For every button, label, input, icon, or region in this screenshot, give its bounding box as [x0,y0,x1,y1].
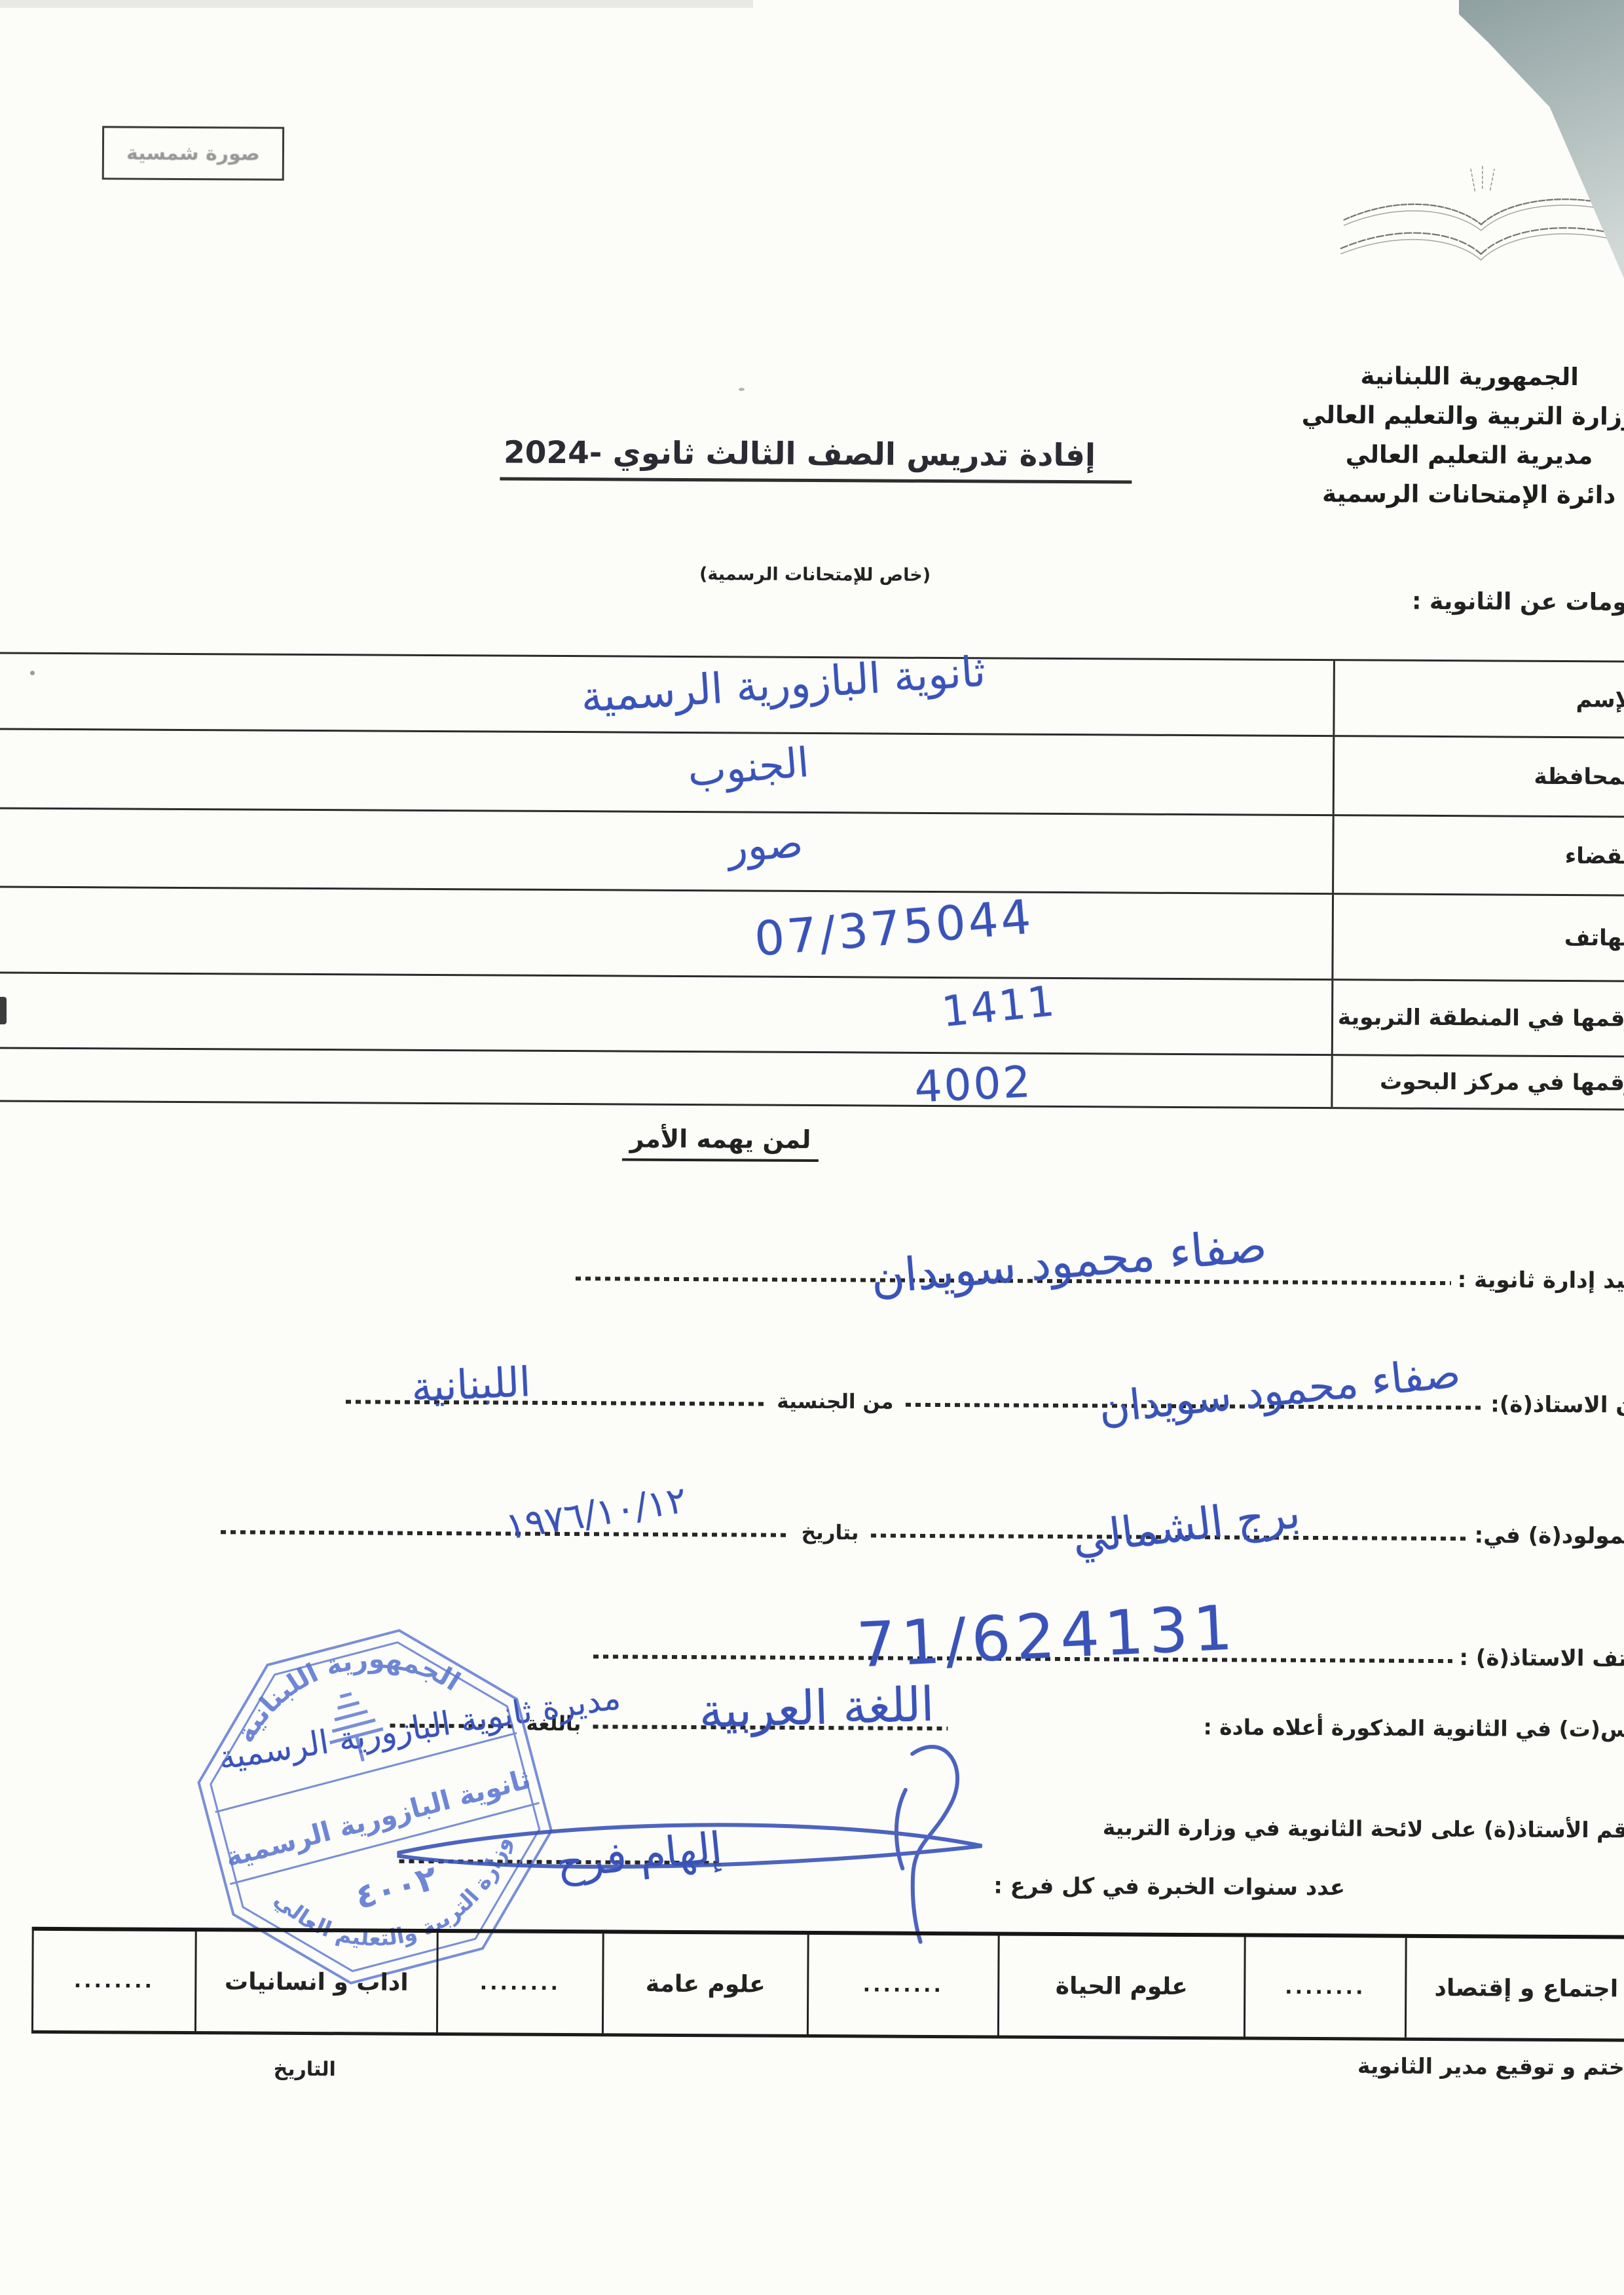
handwritten-birthdate: ١٩٧٦/١٠/١٢ [503,1479,690,1548]
photo-box-label: صورة شمسية [126,141,260,165]
branch-label: علوم عامة [646,1970,766,1998]
to-whom-heading-row: لمن يهمه الأمر [0,1121,1441,1166]
document-title: إفادة تدريس الصف الثالث ثانوي -2024 [500,434,1132,483]
experience-value-cell: ........ [436,1933,602,2033]
row-label: رقمها في المنطقة التربوية [1333,1004,1624,1032]
branch-label: اجتماع و إقتصاد [1434,1974,1618,2002]
experience-label-cell: علوم عامة [602,1933,807,2034]
stamp-signature-label: ختم و توقيع مدير الثانوية [1357,2053,1624,2080]
table-value-cell: 1411 [0,973,1331,1054]
handwritten-district: صور [726,819,804,871]
experience-label-cell: اجتماع و إقتصاد [1405,1938,1624,2039]
experience-value-cell: ........ [807,1935,998,2036]
header-republic: الجمهورية اللبنانية [1260,356,1624,398]
document-sheet: صورة شمسية الجمهورية اللبنانية وزارة الت… [0,0,1624,2295]
scan-speck [739,388,745,391]
statement-line-3: المولود(ة) في: برج الشمالي بتاريخ ١٩٧٦/١… [214,1467,1624,1550]
handwritten-governorate: الجنوب [686,738,811,796]
experience-heading: عدد سنوات الخبرة في كل فرع : [993,1873,1345,1901]
experience-label-cell: علوم الحياة [997,1936,1244,2037]
table-label-cell: المحافظة [1333,737,1624,815]
handwritten-teacher-phone: 71/624131 [855,1592,1240,1681]
scanned-document-page: صورة شمسية الجمهورية اللبنانية وزارة الت… [0,0,1624,2295]
photo-box: صورة شمسية [102,126,284,180]
table-label-cell: رقمها في المنطقة التربوية [1331,980,1624,1055]
nationality-label: من الجنسية [777,1390,893,1414]
handwritten-nationality: اللبنانية [410,1358,531,1411]
handwritten-phone: 07/375044 [752,889,1035,967]
table-label-cell: القضاء [1332,816,1624,894]
row-label: الهاتف [1334,924,1624,951]
statement-line-1: تفيد إدارة ثانوية : صفاء محمود سويدان [569,1218,1624,1295]
line3-label: المولود(ة) في: [1474,1521,1624,1550]
branch-value: ........ [1285,1975,1365,1999]
table-row: 4002 رقمها في مركز البحوث [0,1049,1624,1110]
table-value-cell: ثانوية البازورية الرسمية [0,654,1333,735]
line6-label: رقم الأستاذ(ة) على لائحة الثانوية في وزا… [1103,1814,1624,1842]
table-row: 1411 رقمها في المنطقة التربوية [0,973,1624,1057]
line5-label: درّس(ت) في الثانوية المذكورة أعلاه مادة … [1203,1713,1624,1743]
dotted-line: ١٩٧٦/١٠/١٢ [221,1530,790,1537]
statement-line-2: أن الاستاذ(ة): صفاء محمود سويدان من الجن… [339,1341,1624,1419]
row-label: رقمها في مركز البحوث [1333,1068,1624,1096]
scan-speck [0,997,7,1024]
handwritten-research-number: 4002 [913,1056,1033,1112]
branch-value: ........ [74,1969,155,1993]
to-whom-heading: لمن يهمه الأمر [621,1124,819,1162]
handwritten-teacher-name: صفاء محمود سويدان [1097,1349,1463,1433]
school-info-heading: معلومات عن الثانوية : [1412,588,1624,616]
table-label-cell: الإسم [1333,661,1624,736]
handwritten-birthplace: برج الشمالي [1070,1487,1303,1564]
table-value-cell: الجنوب [0,730,1333,814]
table-row: 07/375044 الهاتف [0,887,1624,982]
scanner-edge-artifact [0,0,753,8]
title-row: إفادة تدريس الصف الثالث ثانوي -2024 [3,432,1624,487]
school-info-table: ثانوية البازورية الرسمية الإسم الجنوب ال… [0,652,1624,1110]
table-value-cell: 07/375044 [0,887,1332,979]
table-row: الجنوب المحافظة [0,730,1624,817]
line2-label: أن الاستاذ(ة): [1490,1390,1624,1419]
handwritten-district-number: 1411 [940,977,1058,1037]
dotted-line: صفاء محمود سويدان [576,1277,1451,1285]
dotted-line: 71/624131 [593,1654,1452,1663]
table-value-cell: 4002 [0,1049,1331,1107]
date-of-birth-label: بتاريخ [802,1521,859,1544]
header-ministry: وزارة التربية والتعليم العالي [1260,396,1624,437]
table-value-cell: صور [0,809,1333,893]
dotted-line: صفاء محمود سويدان [905,1403,1484,1410]
experience-table: اجتماع و إقتصاد ........ علوم الحياة ...… [31,1927,1624,2042]
branch-label: اداب و انسانيات [225,1968,409,1996]
table-row: ثانوية البازورية الرسمية الإسم [0,654,1624,738]
handwritten-school-name: ثانوية البازورية الرسمية [580,648,987,722]
row-label: المحافظة [1335,762,1624,790]
signature [363,1726,1039,1949]
experience-label-cell: اداب و انسانيات [194,1931,437,2032]
open-book-logo-icon [1334,157,1624,313]
dotted-line: برج الشمالي [870,1533,1467,1540]
experience-value-cell: ........ [1244,1937,1405,2037]
experience-value-cell: ........ [33,1931,195,2031]
dotted-line: اللبنانية [346,1400,765,1406]
line1-label: تفيد إدارة ثانوية : [1458,1266,1624,1295]
date-label: التاريخ [274,2058,336,2081]
row-label: الإسم [1335,685,1624,713]
table-label-cell: رقمها في مركز البحوث [1331,1056,1624,1108]
scan-speck [30,671,35,675]
branch-value: ........ [863,1973,944,1997]
table-row: صور القضاء [0,809,1624,896]
ministry-header: الجمهورية اللبنانية وزارة التربية والتعل… [1259,356,1624,515]
line4-label: هاتف الاستاذ(ة) : [1459,1644,1624,1673]
table-label-cell: الهاتف [1331,895,1624,980]
row-label: القضاء [1334,842,1624,869]
branch-value: ........ [480,1971,561,1995]
handwritten-director-name: صفاء محمود سويدان [869,1218,1269,1304]
document-subtitle: (خاص للإمتحانات الرسمية) [3,561,1624,589]
statement-line-4: هاتف الاستاذ(ة) : 71/624131 [587,1592,1624,1673]
branch-label: علوم الحياة [1056,1972,1188,2000]
